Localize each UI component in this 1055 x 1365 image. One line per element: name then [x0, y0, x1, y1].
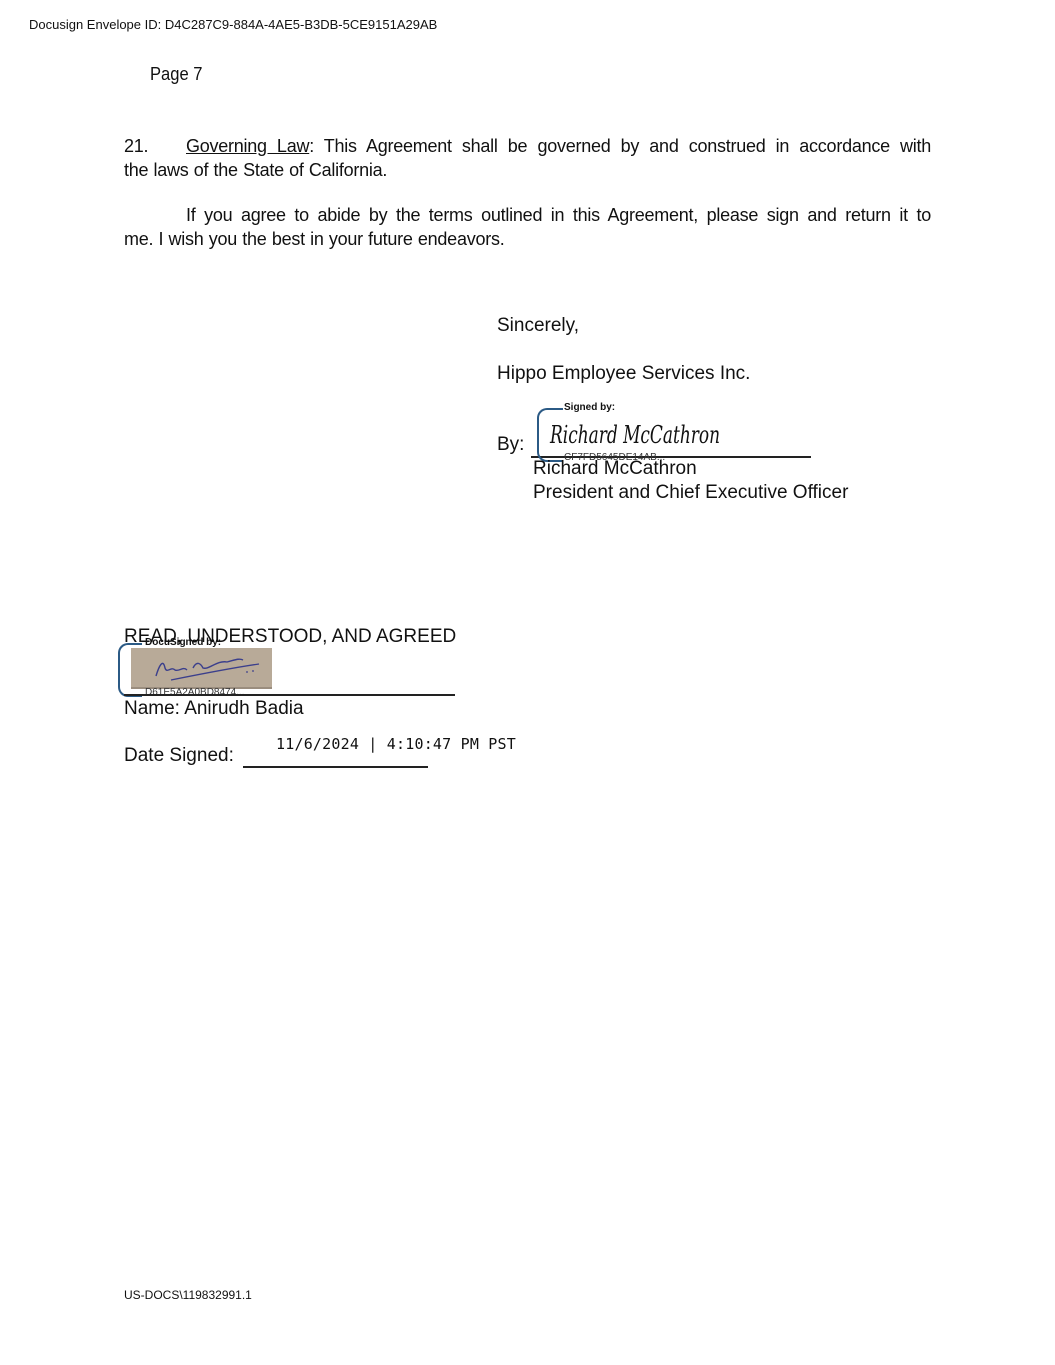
closing-paragraph: If you agree to abide by the terms outli… [124, 203, 931, 251]
signer-title: President and Chief Executive Officer [533, 482, 848, 504]
page-number: Page 7 [150, 64, 202, 85]
company-name: Hippo Employee Services Inc. [497, 363, 750, 385]
section-text-line1: This Agreement shall be governed by and … [314, 136, 931, 156]
employee-signature-id: D61E5A2A0BD8474... [145, 687, 245, 698]
docusigned-by-label: DocuSigned by: [145, 637, 221, 648]
date-signed-label: Date Signed: [124, 745, 234, 767]
employee-signature-line [124, 694, 455, 696]
date-signed-line [243, 766, 428, 768]
section-number: 21. [124, 134, 186, 158]
section-text-line2: the laws of the State of California. [124, 158, 931, 182]
section-heading: Governing Law [186, 136, 309, 156]
docusign-bracket [118, 643, 142, 697]
employee-signature-image [131, 648, 272, 689]
signer-name: Richard McCathron [533, 458, 697, 480]
closing-line2: me. I wish you the best in your future e… [124, 227, 931, 251]
salutation: Sincerely, [497, 315, 579, 337]
employee-name: Name: Anirudh Badia [124, 698, 304, 720]
employee-handwritten-signature [131, 648, 272, 687]
by-label: By: [497, 434, 524, 456]
employer-handwritten-signature: Richard McCathron [548, 417, 728, 453]
closing-line1: If you agree to abide by the terms outli… [186, 205, 931, 225]
signature-text: Richard McCathron [549, 421, 720, 449]
section-21-governing-law: 21.Governing Law: This Agreement shall b… [124, 134, 931, 182]
document-footer-id: US-DOCS\119832991.1 [124, 1288, 252, 1302]
date-signed-value: 11/6/2024 | 4:10:47 PM PST [276, 735, 516, 753]
signed-by-label: Signed by: [564, 402, 615, 413]
envelope-id: Docusign Envelope ID: D4C287C9-884A-4AE5… [29, 17, 437, 32]
